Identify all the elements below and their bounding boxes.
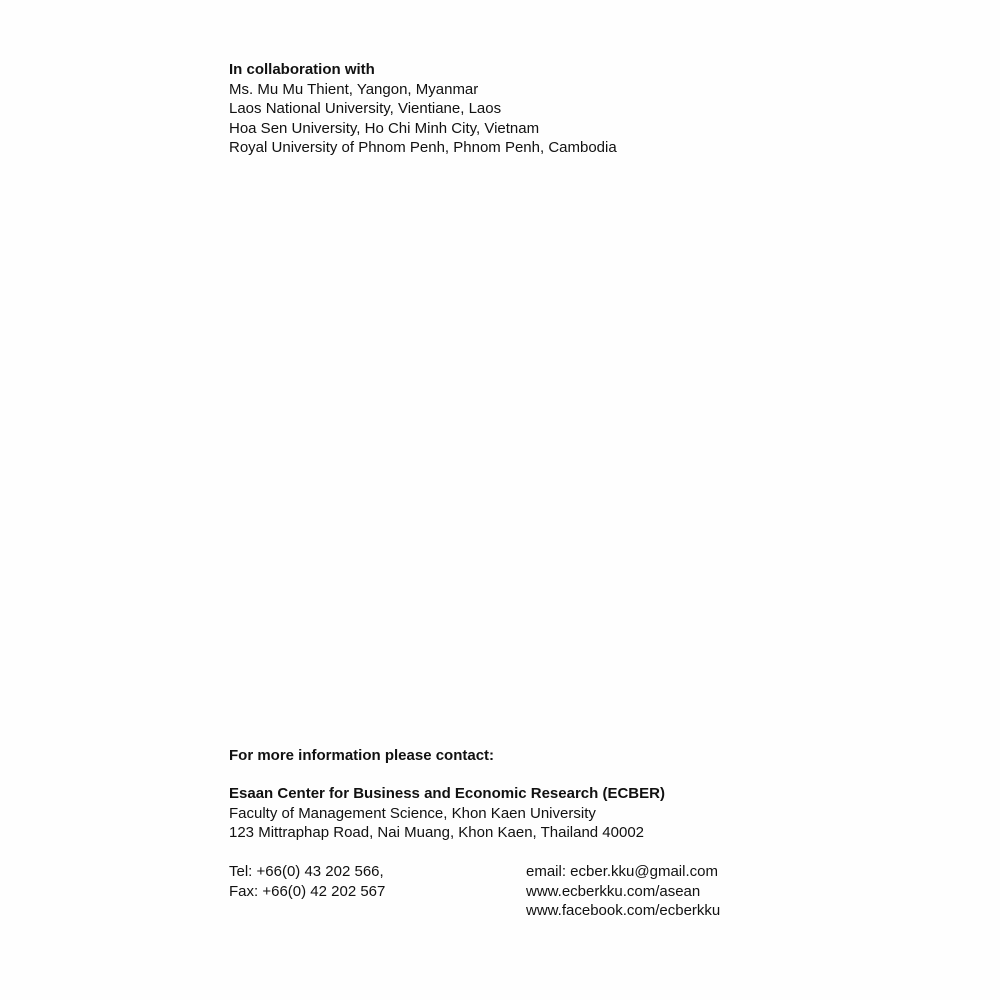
website-link[interactable]: www.ecberkku.com/asean [526,882,720,902]
contact-section: For more information please contact: [229,746,494,766]
document-page: In collaboration with Ms. Mu Mu Thient, … [0,0,1000,1000]
collaboration-section: In collaboration with Ms. Mu Mu Thient, … [229,60,617,158]
faculty-name: Faculty of Management Science, Khon Kaen… [229,804,665,824]
organization-name: Esaan Center for Business and Economic R… [229,784,665,804]
postal-address: 123 Mittraphap Road, Nai Muang, Khon Kae… [229,823,665,843]
online-contact-block: email: ecber.kku@gmail.com www.ecberkku.… [526,862,720,921]
contact-heading: For more information please contact: [229,746,494,766]
partner-item: Ms. Mu Mu Thient, Yangon, Myanmar [229,80,617,100]
partner-item: Hoa Sen University, Ho Chi Minh City, Vi… [229,119,617,139]
organization-block: Esaan Center for Business and Economic R… [229,784,665,843]
collaboration-heading: In collaboration with [229,60,617,80]
partner-item: Laos National University, Vientiane, Lao… [229,99,617,119]
email-address[interactable]: email: ecber.kku@gmail.com [526,862,720,882]
telephone-number: Tel: +66(0) 43 202 566, [229,862,385,882]
partner-item: Royal University of Phnom Penh, Phnom Pe… [229,138,617,158]
phone-block: Tel: +66(0) 43 202 566, Fax: +66(0) 42 2… [229,862,385,901]
facebook-link[interactable]: www.facebook.com/ecberkku [526,901,720,921]
fax-number: Fax: +66(0) 42 202 567 [229,882,385,902]
